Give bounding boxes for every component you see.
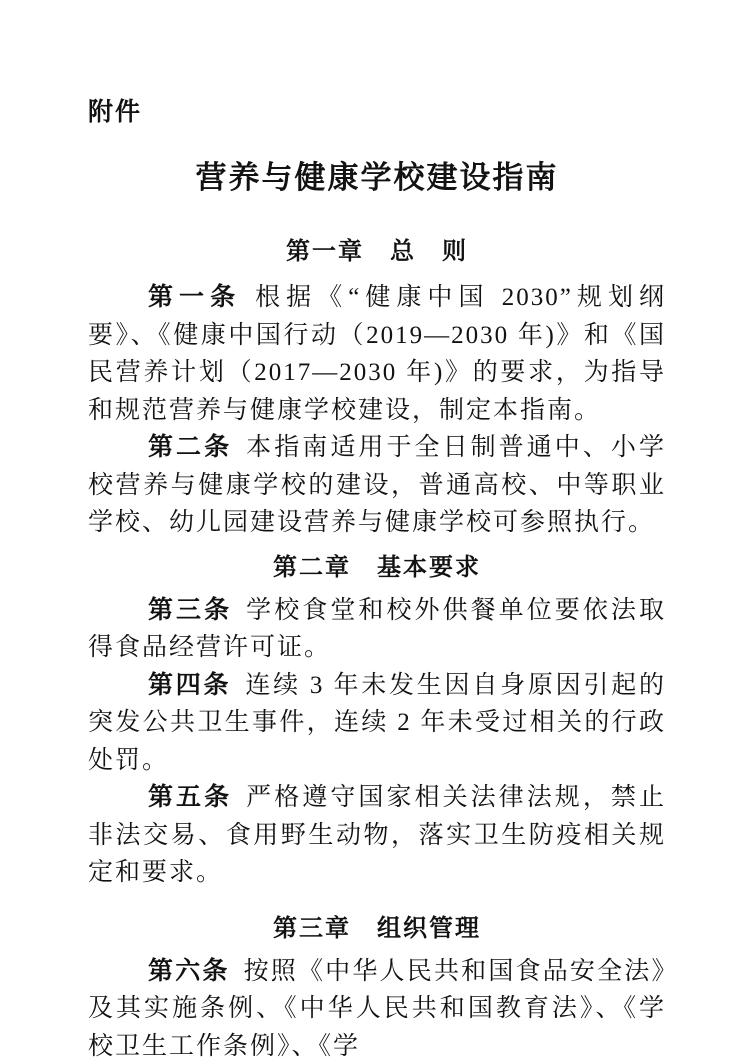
article-5-label: 第五条 xyxy=(148,783,232,811)
article-2: 第二条本指南适用于全日制普通中、小学校营养与健康学校的建设，普通高校、中等职业学… xyxy=(88,429,666,542)
article-3: 第三条学校食堂和校外供餐单位要依法取得食品经营许可证。 xyxy=(88,592,666,667)
article-4-label: 第四条 xyxy=(148,671,231,699)
article-6-label: 第六条 xyxy=(148,957,230,985)
chapter-3-heading: 第三章 组织管理 xyxy=(88,916,666,942)
article-5: 第五条严格遵守国家相关法律法规，禁止非法交易、食用野生动物，落实卫生防疫相关规定… xyxy=(88,779,666,892)
chapter-3: 第三章 组织管理 第六条按照《中华人民共和国食品安全法》及其实施条例、《中华人民… xyxy=(88,916,666,1060)
article-2-label: 第二条 xyxy=(148,433,232,461)
attachment-label: 附件 xyxy=(88,99,666,125)
document-title: 营养与健康学校建设指南 xyxy=(88,159,666,197)
chapter-2: 第二章 基本要求 第三条学校食堂和校外供餐单位要依法取得食品经营许可证。 第四条… xyxy=(88,555,666,892)
article-1: 第一条根据《“健康中国 2030”规划纲要》、《健康中国行动（2019—2030… xyxy=(88,279,666,429)
chapter-1: 第一章 总 则 第一条根据《“健康中国 2030”规划纲要》、《健康中国行动（2… xyxy=(88,239,666,542)
document-page: 附件 营养与健康学校建设指南 第一章 总 则 第一条根据《“健康中国 2030”… xyxy=(0,0,750,1060)
article-4: 第四条连续 3 年未发生因自身原因引起的突发公共卫生事件，连续 2 年未受过相关… xyxy=(88,667,666,780)
chapter-2-heading: 第二章 基本要求 xyxy=(88,555,666,581)
chapter-1-heading: 第一章 总 则 xyxy=(88,239,666,265)
article-6: 第六条按照《中华人民共和国食品安全法》及其实施条例、《中华人民共和国教育法》、《… xyxy=(88,953,666,1060)
article-3-label: 第三条 xyxy=(148,596,232,624)
article-1-label: 第一条 xyxy=(148,283,241,311)
